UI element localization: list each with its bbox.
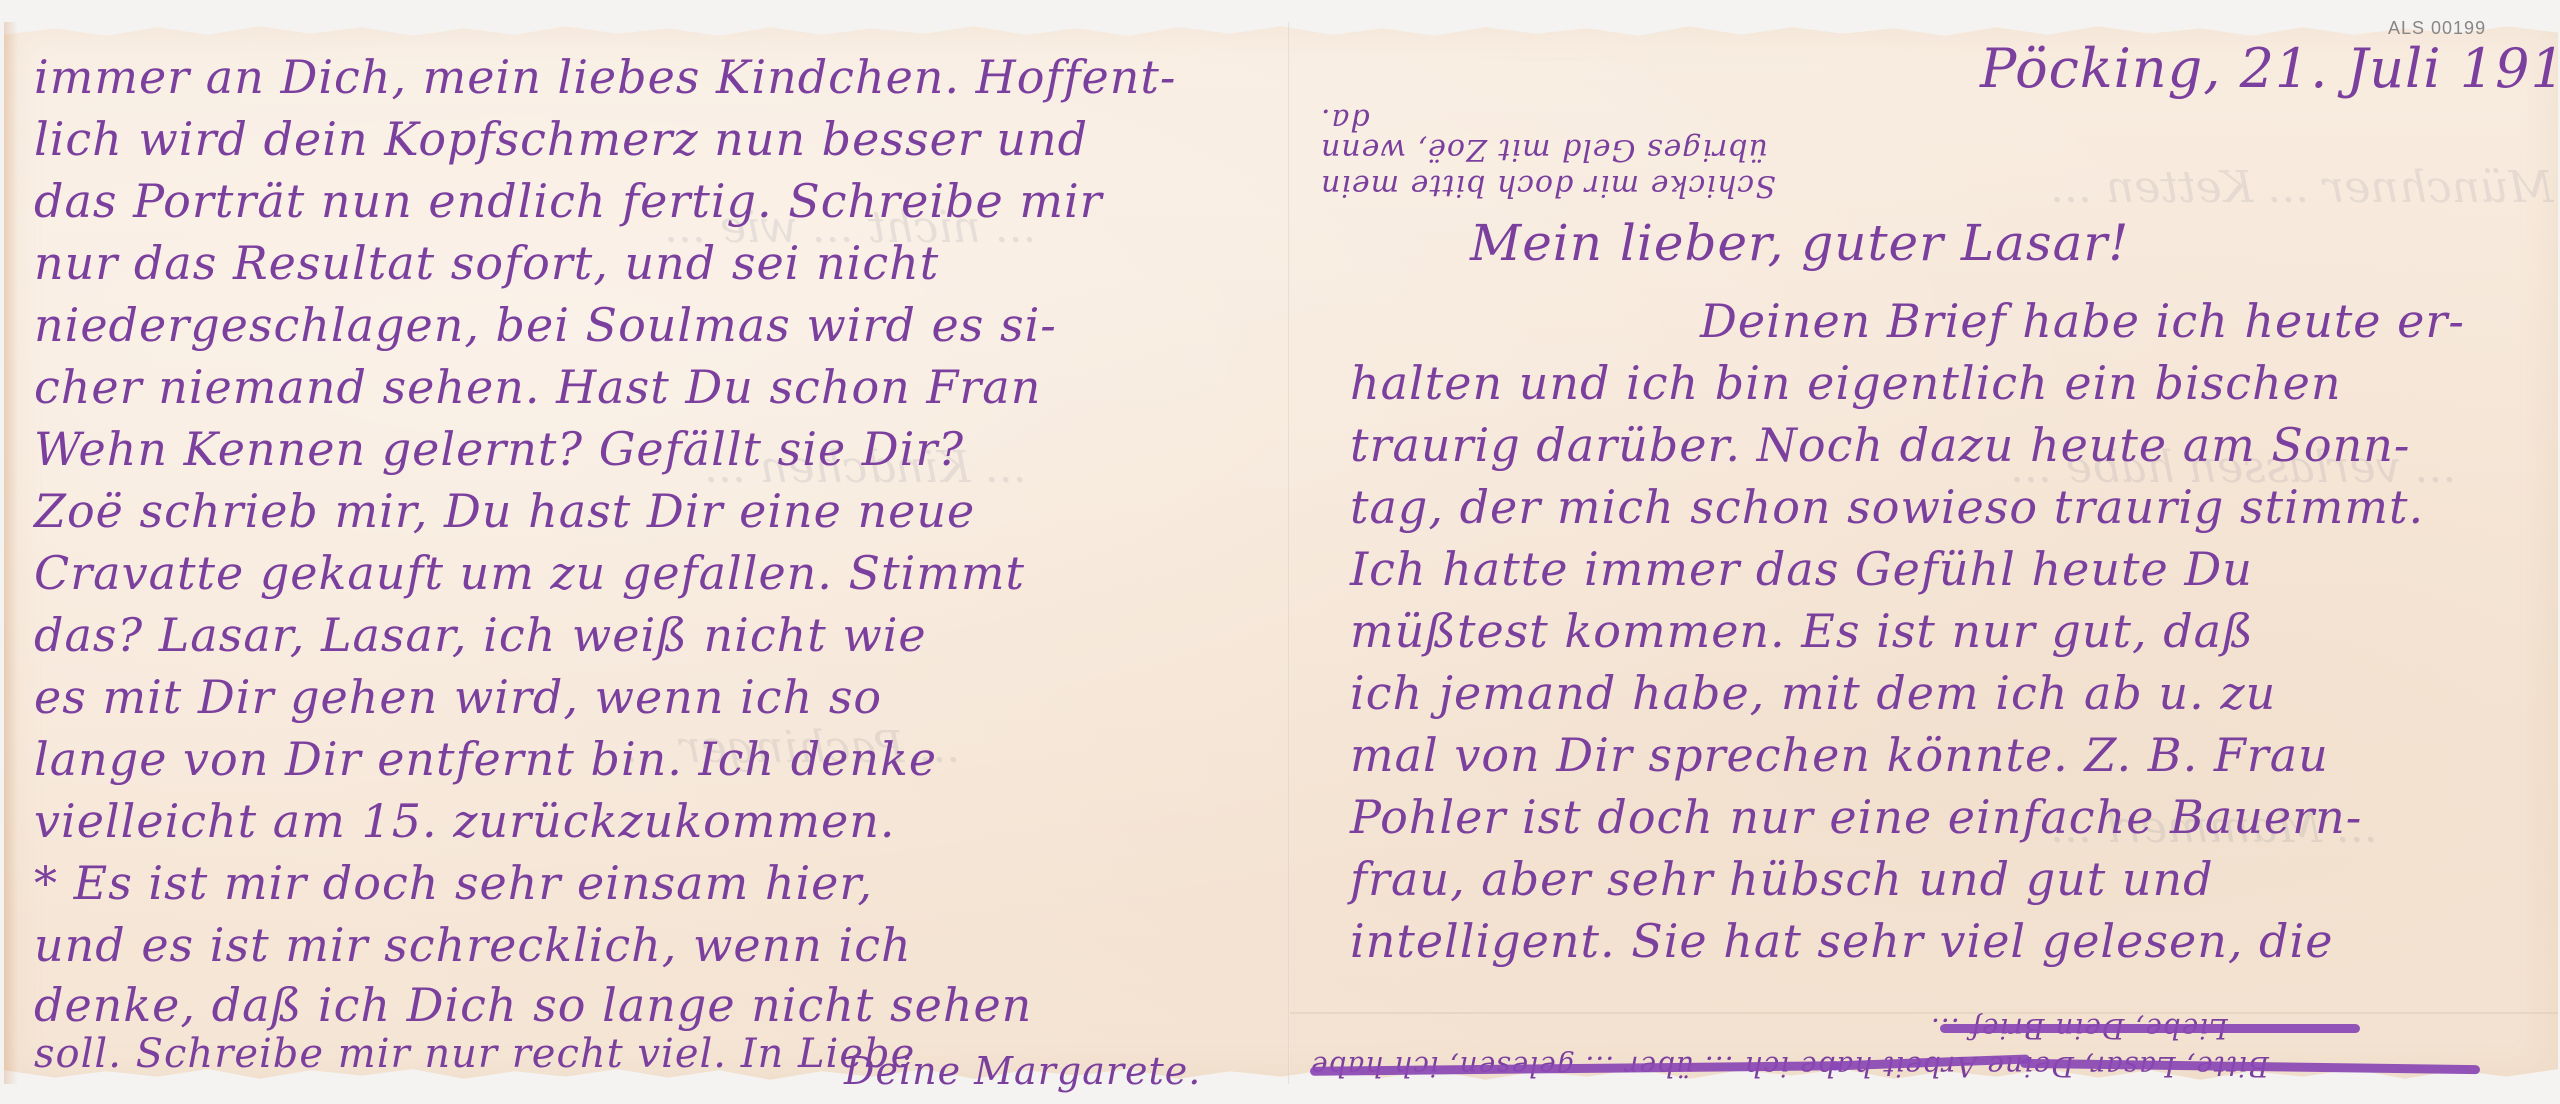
letter-line: halten und ich bin eigentlich ein bische… xyxy=(1350,360,2342,406)
letter-line: Zoë schrieb mir, Du hast Dir eine neue xyxy=(34,488,975,534)
letter-line: das? Lasar, Lasar, ich weiß nicht wie xyxy=(34,612,927,658)
letter-line: immer an Dich, mein liebes Kindchen. Hof… xyxy=(34,54,1176,100)
letter-line: Cravatte gekauft um zu gefallen. Stimmt xyxy=(34,550,1025,596)
letter-line: müßtest kommen. Es ist nur gut, daß xyxy=(1350,608,2254,654)
strikethrough-mark xyxy=(1940,1024,2360,1033)
letter-line: niedergeschlagen, bei Soulmas wird es si… xyxy=(34,302,1057,348)
letter-line: Pohler ist doch nur eine einfache Bauern… xyxy=(1350,794,2362,840)
letter-line: ich jemand habe, mit dem ich ab u. zu xyxy=(1350,670,2276,716)
letter-line: soll. Schreibe mir nur recht viel. In Li… xyxy=(34,1034,915,1074)
letter-page-left: ... nicht ... wie ... ... Kindchen ... .… xyxy=(4,22,1288,1084)
letter-line: Deinen Brief habe ich heute er- xyxy=(1700,298,2465,344)
letter-line: denke, daß ich Dich so lange nicht sehen xyxy=(34,982,1032,1028)
letter-line: vielleicht am 15. zurückzukommen. xyxy=(34,798,895,844)
letter-line: Ich hatte immer das Gefühl heute Du xyxy=(1350,546,2253,592)
upside-down-postscript: übriges Geld mit Zoë, wenn xyxy=(1320,134,1768,164)
letter-salutation: Mein lieber, guter Lasar! xyxy=(1470,218,2129,268)
letter-signature: Deine Margarete. xyxy=(844,1052,1201,1090)
letter-line: lange von Dir entfernt bin. Ich denke xyxy=(34,736,937,782)
archive-label: ALS 00199 xyxy=(2388,18,2486,39)
letter-line: und es ist mir schrecklich, wenn ich xyxy=(34,922,912,968)
letter-line: mal von Dir sprechen könnte. Z. B. Frau xyxy=(1350,732,2329,778)
letter-line: cher niemand sehen. Hast Du schon Fran xyxy=(34,364,1041,410)
place-date-heading: Pöcking, 21. Juli 1918 xyxy=(1980,42,2560,96)
letter-page-right: Münchner ... Ketten ... ... verlassen ha… xyxy=(1290,22,2558,1084)
letter-line: lich wird dein Kopfschmerz nun besser un… xyxy=(34,116,1088,162)
letter-line: * Es ist mir doch sehr einsam hier, xyxy=(34,860,873,906)
upside-down-postscript: Schicke mir doch bitte mein xyxy=(1320,170,1776,200)
letter-line: intelligent. Sie hat sehr viel gelesen, … xyxy=(1350,918,2333,964)
letter-line: Wehn Kennen gelernt? Gefällt sie Dir? xyxy=(34,426,964,472)
letter-line: tag, der mich schon sowieso traurig stim… xyxy=(1350,484,2424,530)
upside-down-postscript: da. xyxy=(1320,104,1370,134)
letter-line: nur das Resultat sofort, und sei nicht xyxy=(34,240,939,286)
letter-line: das Porträt nun endlich fertig. Schreibe… xyxy=(34,178,1103,224)
letter-line: es mit Dir gehen wird, wenn ich so xyxy=(34,674,882,720)
letter-scan: ... nicht ... wie ... ... Kindchen ... .… xyxy=(0,0,2560,1104)
bleed-through-text: Münchner ... Ketten ... xyxy=(2050,162,2553,213)
letter-line: traurig darüber. Noch dazu heute am Sonn… xyxy=(1350,422,2410,468)
letter-line: frau, aber sehr hübsch und gut und xyxy=(1350,856,2214,902)
